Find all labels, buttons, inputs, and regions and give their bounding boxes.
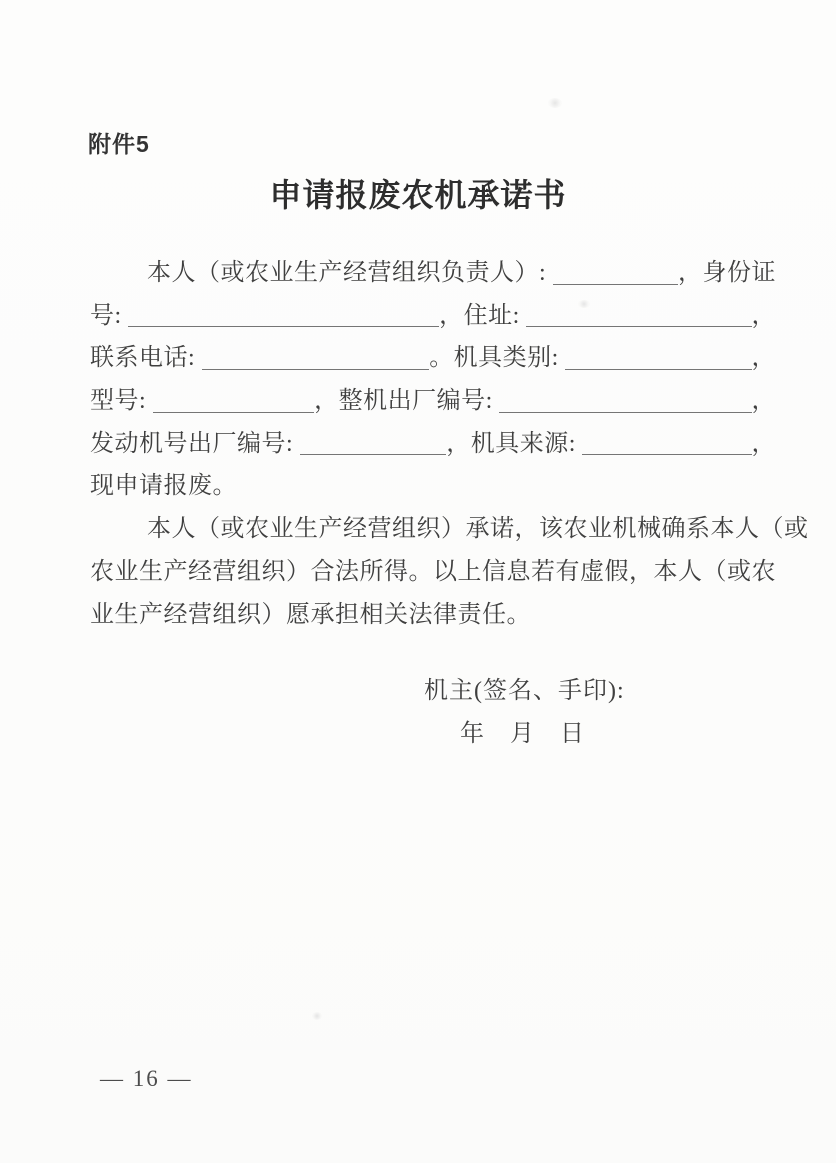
page-number: — 16 — (100, 1066, 193, 1092)
line3-comma: ， (752, 337, 777, 380)
blank-field-machine-source (582, 454, 751, 455)
form-line-applicant: 本人（或农业生产经营组织负责人）: ，身份证 (90, 252, 776, 295)
engine-number-label: 发动机号出厂编号: (90, 423, 300, 466)
commitment-line-1: 本人（或农业生产经营组织）承诺，该农业机械确系本人（或 (90, 508, 776, 551)
line2-comma: ， (752, 295, 777, 338)
scan-artifact (312, 1012, 322, 1020)
scanned-document-page: 附件5 申请报废农机承诺书 本人（或农业生产经营组织负责人）: ，身份证 号: … (0, 0, 836, 1163)
blank-field-model (153, 412, 314, 413)
form-line-engine-source: 发动机号出厂编号: ，机具来源: ， (90, 423, 776, 466)
document-body: 本人（或农业生产经营组织负责人）: ，身份证 号: ，住址: ， 联系电话: 。… (90, 252, 776, 636)
form-line-phone-category: 联系电话: 。机具类别: ， (90, 337, 776, 380)
blank-field-engine-number (300, 454, 447, 455)
commitment-line-3: 业生产经营组织）愿承担相关法律责任。 (90, 594, 776, 637)
date-line: 年 月 日 (460, 719, 585, 749)
blank-field-serial-number (499, 412, 751, 413)
attachment-label: 附件5 (88, 126, 150, 159)
model-label: 型号: (90, 380, 153, 423)
blank-field-machine-category (565, 369, 751, 370)
machine-source-label: ，机具来源: (446, 423, 582, 466)
id-card-label-lead: ，身份证 (678, 252, 776, 295)
machine-category-label: 。机具类别: (429, 337, 565, 380)
id-number-label: 号: (90, 295, 128, 338)
blank-field-phone (202, 369, 430, 370)
scan-artifact (548, 98, 562, 108)
blank-field-address (526, 326, 751, 327)
serial-number-label: ，整机出厂编号: (314, 380, 499, 423)
form-line-id-address: 号: ，住址: ， (90, 295, 776, 338)
document-title: 申请报废农机承诺书 (0, 170, 836, 216)
commitment-line-2: 农业生产经营组织）合法所得。以上信息若有虚假，本人（或农 (90, 551, 776, 594)
line5-comma: ， (752, 423, 777, 466)
blank-field-applicant-name (553, 284, 678, 285)
phone-label: 联系电话: (90, 337, 202, 380)
apply-scrap-statement: 现申请报废。 (90, 465, 776, 508)
address-label: ，住址: (439, 295, 526, 338)
applicant-label: 本人（或农业生产经营组织负责人）: (147, 252, 553, 295)
line4-comma: ， (752, 380, 777, 423)
form-line-model-serial: 型号: ，整机出厂编号: ， (90, 380, 776, 423)
blank-field-id-number (128, 326, 439, 327)
owner-signature-label: 机主(签名、手印): (424, 676, 625, 706)
